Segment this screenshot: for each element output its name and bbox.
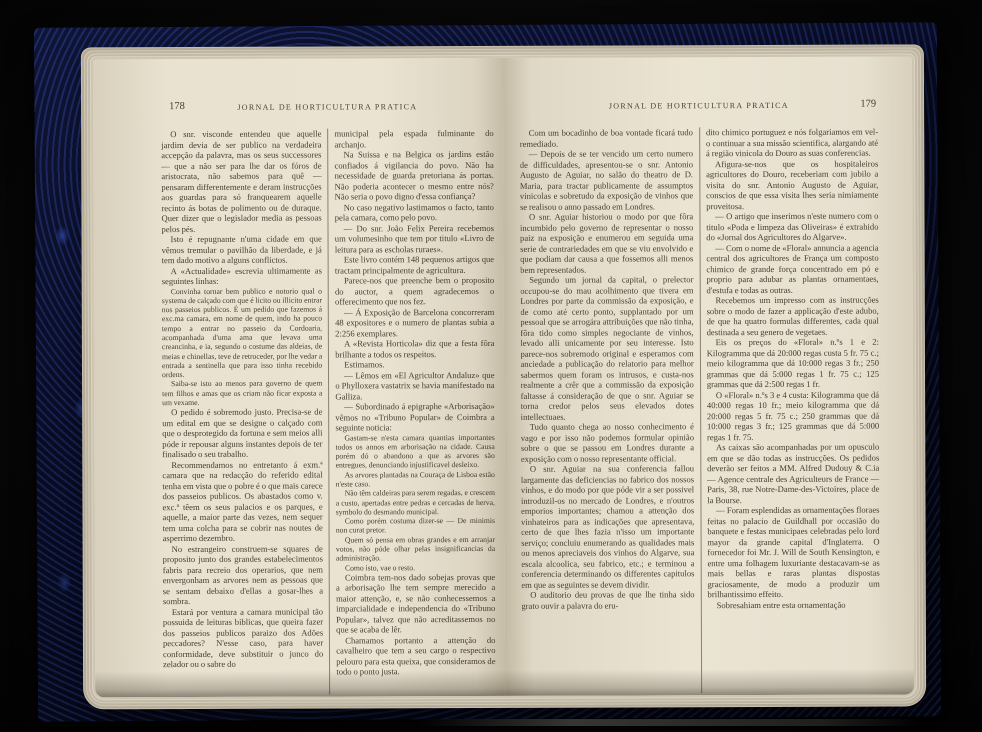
running-title-left: JORNAL DE HORTICULTURA PRATICA	[161, 102, 494, 112]
open-spread: 178 JORNAL DE HORTICULTURA PRATICA O snr…	[93, 56, 914, 697]
paragraph: dito chimico portuguez e nós folgariamos…	[706, 127, 878, 159]
paragraph: municipal pela espada fulminante do arch…	[334, 128, 493, 150]
book-photo: 178 JORNAL DE HORTICULTURA PRATICA O snr…	[0, 0, 982, 732]
paragraph: A «Revista Horticola» diz que a festa fô…	[335, 338, 494, 360]
paragraph: Parece-nos que preenche bem o proposito …	[335, 275, 494, 307]
paragraph: Gastam-se n'esta camara quantias importa…	[335, 432, 494, 470]
paragraph: Recommendamos no entretanto á exm.ª cama…	[162, 459, 323, 544]
paragraph: Recebemos um impresso com as instrucções…	[706, 295, 878, 338]
running-head-right: JORNAL DE HORTICULTURA PRATICA 179	[520, 101, 879, 122]
paragraph: Afigura-se-nos que os hospitaleiros agri…	[706, 158, 878, 211]
paragraph: Estará por ventura a camara municipal tã…	[163, 606, 323, 670]
paragraph: Isto é repugnante n'uma cidade em que vê…	[162, 234, 322, 266]
paragraph: Chamamos portanto a attenção do cavalhei…	[336, 635, 495, 678]
page-edge-stack: 178 JORNAL DE HORTICULTURA PRATICA O snr…	[93, 56, 914, 697]
paragraph: Estimamos.	[335, 359, 494, 370]
paragraph: Quem só pensa em obras grandes e em arra…	[336, 535, 495, 563]
paragraph: — O artigo que inserimos n'este numero c…	[706, 211, 878, 243]
paragraph: O snr. Aguiar na sua conferencia fallou …	[521, 463, 695, 590]
paragraph: Saiba-se isto ao menos para governo de q…	[162, 379, 322, 407]
paragraph: Não têm caldeiras para serem regadas, e …	[336, 488, 495, 516]
paragraph: A «Actualidade» escrevia ultimamente as …	[162, 265, 322, 287]
paragraph: O «Floral» n.ºs 3 e 4 custa: Kilogramma …	[707, 389, 879, 442]
paragraph: Este livro contém 148 pequenos artigos q…	[335, 254, 494, 276]
paragraph: Convinha tornar bem publico e notorio qu…	[162, 286, 323, 380]
text-columns-right: Com um bocadinho de boa vontade ficará t…	[520, 127, 880, 694]
paragraph: No estrangeiro construem-se squares de p…	[163, 543, 323, 607]
page-right: JORNAL DE HORTICULTURA PRATICA 179 Com u…	[502, 56, 914, 695]
right-page-column-2: dito chimico portuguez e nós folgariamos…	[699, 127, 880, 694]
left-page-column-1: O snr. visconde entendeu que aquelle jar…	[161, 129, 329, 696]
running-head-left: 178 JORNAL DE HORTICULTURA PRATICA	[161, 102, 494, 123]
bottom-board-edge	[420, 719, 922, 726]
page-left: 178 JORNAL DE HORTICULTURA PRATICA O snr…	[93, 58, 505, 697]
paragraph: No caso negativo lastimamos o facto, tan…	[335, 201, 494, 223]
paragraph: As caixas são acompanhadas por um opuscu…	[707, 442, 879, 506]
paragraph: O pedido é sobremodo justo. Precisa-se d…	[162, 407, 322, 460]
paragraph: Eis os preços do «Floral» n.ºs 1 e 2: Ki…	[707, 337, 879, 390]
book-cover: 178 JORNAL DE HORTICULTURA PRATICA O snr…	[34, 22, 941, 722]
paragraph: — Subordinado á epigraphe «Arborisação» …	[335, 401, 494, 433]
paragraph: — Depois de se ter vencido um certo nume…	[520, 148, 693, 212]
text-columns-left: O snr. visconde entendeu que aquelle jar…	[161, 128, 495, 695]
paragraph: Na Suissa e na Belgica os jardins estão …	[334, 149, 493, 202]
paragraph: Coimbra tem-nos dado sobejas provas que …	[336, 572, 495, 636]
paragraph: Com um bocadinho de boa vontade ficará t…	[520, 127, 693, 149]
paragraph: Segundo um jornal da capital, o prelecto…	[520, 274, 694, 422]
paragraph: — Do snr. João Felix Pereira recebemos u…	[335, 222, 494, 254]
paragraph: Como isto, vae o resto.	[336, 563, 495, 573]
paragraph: — Com o nome de «Floral» annuncia a agen…	[706, 242, 878, 295]
page-number-right: 179	[860, 99, 876, 110]
paragraph: As arvores plantadas na Couraça de Lisbo…	[336, 470, 495, 489]
paragraph: — Foram esplendidas as ornamentações flo…	[707, 505, 880, 600]
paragraph: Tudo quanto chega ao nosso conhecimento …	[521, 421, 694, 464]
running-title-right: JORNAL DE HORTICULTURA PRATICA	[520, 101, 879, 111]
paragraph: Como porém costuma dizer-se — De minimis…	[336, 516, 495, 535]
left-page-column-2: municipal pela espada fulminante do arch…	[327, 128, 495, 695]
paragraph: Sobresahiam entre esta ornamentação	[708, 599, 880, 610]
paragraph: O auditorio deu provas de que lhe tinha …	[521, 589, 694, 611]
paragraph: O snr. visconde entendeu que aquelle jar…	[161, 129, 322, 235]
paragraph: — Á Exposição de Barcelona concorreram 4…	[335, 306, 494, 338]
right-page-column-1: Com um bocadinho de boa vontade ficará t…	[520, 127, 701, 694]
paragraph: — Lêmos em «El Agricultor Andaluz» que o…	[335, 369, 494, 401]
paragraph: O snr. Aguiar historiou o modo por que f…	[520, 211, 693, 275]
